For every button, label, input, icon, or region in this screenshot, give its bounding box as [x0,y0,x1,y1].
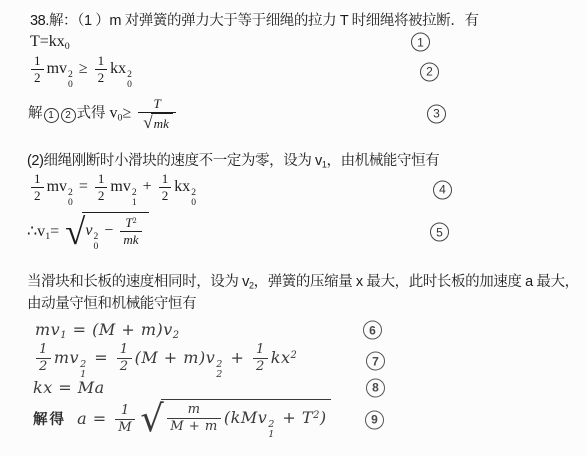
subscript: 2 [216,370,223,380]
math-text: 1 [98,53,105,68]
fraction-denominator: √mk [138,112,176,132]
equation-number-2: 2 [420,62,439,81]
radicand: mM + m(kMv21 + T2) [161,399,330,440]
fraction: 12 [253,342,268,375]
math-text: a = [66,409,112,428]
math-text: M [118,420,132,435]
math-text: (M + m)v [135,348,216,367]
fraction-numerator: 1 [95,53,108,69]
math-text: 2 [34,70,41,85]
fraction-numerator: 1 [31,171,44,187]
subscript: 1 [268,430,275,440]
equation-3: 解12式得 v0≥ T√mk3 [28,96,179,132]
paragraph-3-line-2: 由动量守恒和机械能守恒有 [27,292,196,313]
fraction: 12 [36,342,51,375]
math-text: mv [54,348,79,367]
sub-sup-stack: 22 [216,360,223,380]
math-text: 2 [98,188,105,203]
fraction-denominator: 2 [117,358,132,375]
fraction: 12 [159,171,172,204]
fraction-denominator: 2 [31,69,44,86]
equation-number-1: 1 [411,33,430,52]
math-text: (kMv [224,408,267,427]
equation-1: T=kx01 [30,33,70,52]
math-text: + [225,348,250,367]
math-text: 2 [120,359,129,374]
sub-sup-stack: 21 [132,188,137,208]
sub-sup-stack: 20 [93,232,98,252]
fraction: 12 [31,171,44,204]
subscript: 0 [93,242,98,252]
equation-number-3: 3 [427,104,446,123]
fraction-denominator: mk [120,231,141,248]
math-text: mv [47,178,67,195]
math-text: ，弹簧的压缩量 x 最大，此时长板的加速度 a 最大， [254,274,579,290]
equation-9: 解得 a = 1M√mM + m(kMv21 + T2)9 [33,399,331,440]
fraction-numerator: m [185,402,204,418]
math-text: T=kx [30,33,65,50]
math-text: 1 [34,171,41,186]
math-text: 2 [162,188,169,203]
math-text: + [139,178,156,195]
equation-number-6: 6 [363,321,382,340]
math-text: mv [110,178,130,195]
math-text: 1 [256,342,265,357]
fraction-numerator: 1 [95,171,108,187]
equation-5: ∴v1= √v20 − T2mk5 [27,212,149,252]
fraction-denominator: 2 [159,187,172,204]
math-text: 由动量守恒和机械能守恒有 [27,296,196,312]
sub-sup-stack: 20 [68,188,73,208]
math-text: ) [320,408,327,427]
fraction: 12 [117,342,132,375]
math-text: 解得 [33,412,66,428]
math-text: 式得 [77,105,110,121]
math-text: 2 [34,188,41,203]
fraction-denominator: M [115,419,135,436]
math-text: 1 [120,342,129,357]
fraction-numerator: 1 [117,342,132,358]
math-text: kx [110,60,126,77]
fraction: 12 [95,53,108,86]
subscript: 0 [191,198,196,208]
equation-number-4: 4 [433,180,452,199]
intro-paragraph-1: 38.解：（1 ）m 对弹簧的弹力大于等于细绳的拉力 T 时细绳将被拉断．有 [30,9,479,30]
fraction-denominator: 2 [253,358,268,375]
math-text: 1 [121,403,130,418]
fraction-numerator: 1 [36,342,51,358]
fraction-numerator: 1 [253,342,268,358]
paragraph-3-line-1: 当滑块和长板的速度相同时，设为 v2，弹簧的压缩量 x 最大，此时长板的加速度 … [27,270,579,291]
math-text: v [110,104,118,121]
math-text: m [188,402,201,417]
fraction-numerator: T [150,96,163,112]
math-text: M + m [170,419,218,434]
math-text: 38.解：（1 ）m 对弹簧的弹力大于等于细绳的拉力 T 时细绳将被拉断．有 [30,13,479,29]
math-text: 2 [39,359,48,374]
math-text: 1 [34,53,41,68]
math-text: = [89,348,114,367]
math-text: 1 [162,171,169,186]
subscript: 1 [60,330,67,341]
sub-sup-stack: 20 [127,70,132,90]
math-text: mv [47,60,67,77]
math-text: T [125,215,132,230]
math-text: ≥ [122,104,135,121]
math-text: − [100,222,117,239]
radicand: v20 − T2mk [82,212,148,252]
math-text: 当滑块和长板的速度相同时，设为 v [27,274,249,290]
math-text: kx = Ma [33,378,105,397]
fraction: T√mk [138,96,176,132]
equation-6: mv1 = (M + m)v26 [35,320,180,341]
math-text: (2)细绳刚断时小滑块的速度不一定为零，设为 v [27,153,322,169]
subscript: 0 [127,80,132,90]
math-text: + T [277,408,313,427]
math-text: ∴v [27,223,45,240]
math-text: 2 [256,359,265,374]
superscript: 2 [133,216,137,225]
fraction: 12 [31,53,44,86]
equation-number-8: 8 [366,378,385,397]
subscript: 0 [68,198,73,208]
math-text: 1 [98,171,105,186]
math-text: T [153,96,160,111]
fraction-numerator: 1 [31,53,44,69]
math-text: ，由机械能守恒有 [327,153,440,169]
fraction: mM + m [167,402,221,435]
math-text: kx [271,348,291,367]
subscript: 0 [65,41,70,52]
superscript: 2 [313,410,320,421]
math-text: mk [123,232,138,247]
math-text: ≥ [75,60,92,77]
equation-8: kx = Ma8 [33,378,105,397]
equation-number-9: 9 [365,410,384,429]
math-text: = (M + m)v [67,320,173,339]
solution-document: 38.解：（1 ）m 对弹簧的弹力大于等于细绳的拉力 T 时细绳将被拉断．有T=… [0,0,586,456]
fraction-numerator: 1 [118,403,133,419]
math-text: v [85,222,92,239]
sub-sup-stack: 20 [191,188,196,208]
math-text: kx [174,178,190,195]
subscript: 1 [132,198,137,208]
equation-4: 12mv20 = 12mv21 + 12kx204 [28,171,198,208]
fraction: T2mk [120,215,141,248]
math-text: 1 [39,342,48,357]
sub-sup-stack: 20 [68,70,73,90]
fraction-numerator: 1 [159,171,172,187]
subscript: 2 [173,330,180,341]
radicand: mk [151,113,173,132]
square-root-icon: √mk [143,113,173,132]
square-root-icon: √mM + m(kMv21 + T2) [140,399,330,440]
inline-circled-number: 2 [61,108,76,123]
paragraph-2: (2)细绳刚断时小滑块的速度不一定为零，设为 v1，由机械能守恒有 [27,149,439,170]
fraction-denominator: 2 [95,187,108,204]
square-root-icon: √v20 − T2mk [65,212,148,252]
equation-7: 12mv21 = 12(M + m)v22 + 12kx27 [33,342,297,380]
math-text: mk [154,116,169,131]
fraction: 1M [115,403,135,436]
sub-sup-stack: 21 [268,420,275,440]
math-text: 2 [98,70,105,85]
math-text: = [50,223,63,240]
math-text: mv [35,320,60,339]
equation-number-5: 5 [430,223,449,242]
math-text: = [75,178,92,195]
fraction-numerator: T2 [122,215,139,231]
math-text: 解 [28,105,43,121]
fraction-denominator: M + m [167,418,221,435]
inline-circled-number: 1 [44,108,59,123]
equation-number-7: 7 [366,352,385,371]
subscript: 0 [68,80,73,90]
equation-2: 12mv20 ≥ 12kx202 [28,53,134,90]
fraction-denominator: 2 [95,69,108,86]
fraction-denominator: 2 [31,187,44,204]
superscript: 2 [291,350,298,361]
fraction: 12 [95,171,108,204]
fraction-denominator: 2 [36,358,51,375]
